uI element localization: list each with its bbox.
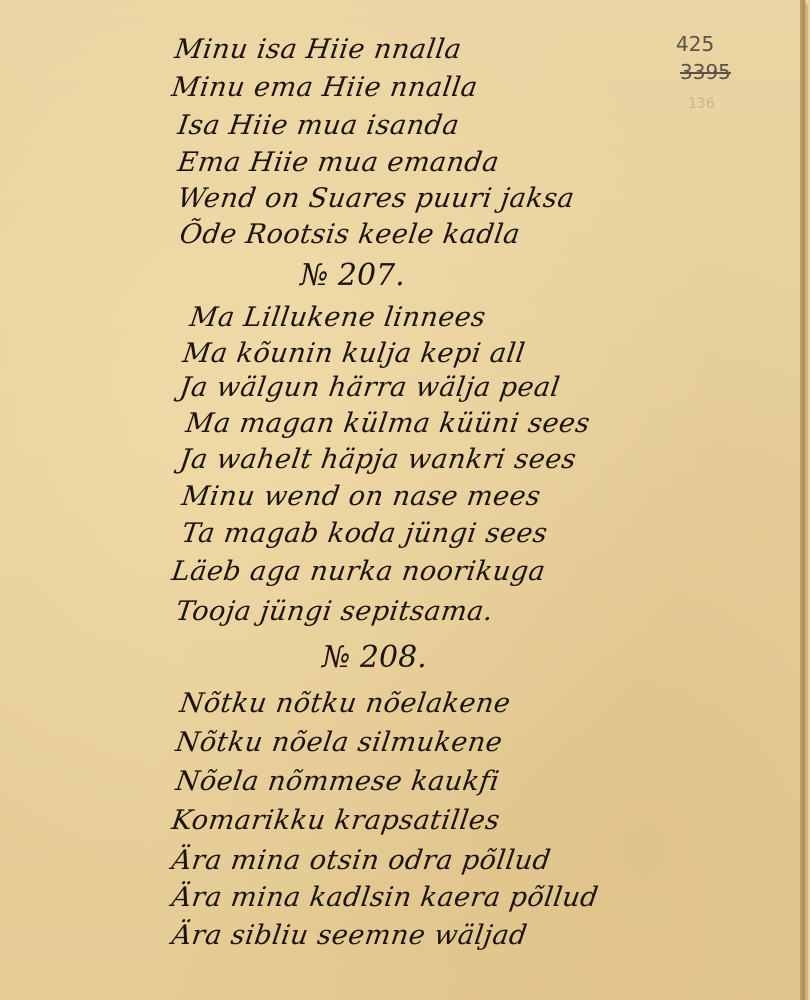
- song-line: Ma magan külma küüni sees: [184, 408, 592, 439]
- song-line: Ma Lillukene linnees: [188, 302, 488, 333]
- song-line: Isa Hiie mua isanda: [176, 110, 461, 141]
- song-line: Ja wahelt häpja wankri sees: [178, 444, 579, 475]
- song-line: Nõtku nõela silmukene: [174, 727, 505, 758]
- song-line: Nõela nõmmese kaukfi: [174, 766, 502, 797]
- song-number-208: № 208.: [322, 640, 427, 675]
- song-line: Ja wälgun härra wälja peal: [178, 372, 562, 403]
- archive-faint-mark: 136: [688, 96, 715, 112]
- song-line: Minu wend on nase mees: [180, 481, 543, 512]
- song-line: Ära mina kadlsin kaera põllud: [170, 882, 601, 913]
- song-number-207: № 207.: [300, 258, 405, 293]
- song-line: Minu isa Hiie nnalla: [173, 34, 464, 65]
- song-line: Õde Rootsis keele kadla: [178, 219, 522, 250]
- page-edge: [800, 0, 805, 1000]
- manuscript-page: 425 3395 136 Minu isa Hiie nnalla Minu e…: [0, 0, 808, 1000]
- song-line: Ma kõunin kulja kepi all: [181, 338, 527, 369]
- song-line: Ta magab koda jüngi sees: [180, 518, 550, 549]
- song-line: Ära mina otsin odra põllud: [170, 845, 553, 876]
- song-line: Ema Hiie mua emanda: [176, 147, 501, 178]
- song-line: Minu ema Hiie nnalla: [170, 72, 480, 103]
- song-line: Nõtku nõtku nõelakene: [178, 688, 513, 719]
- archive-page-number: 425: [676, 32, 714, 56]
- song-line: Komarikku krapsatilles: [170, 805, 502, 836]
- song-line: Wend on Suares puuri jaksa: [176, 183, 577, 214]
- song-line: Ära sibliu seemne wäljad: [170, 920, 529, 951]
- song-line: Tooja jüngi sepitsama.: [174, 596, 495, 627]
- archive-old-number: 3395: [680, 60, 731, 84]
- song-line: Läeb aga nurka noorikuga: [170, 556, 548, 587]
